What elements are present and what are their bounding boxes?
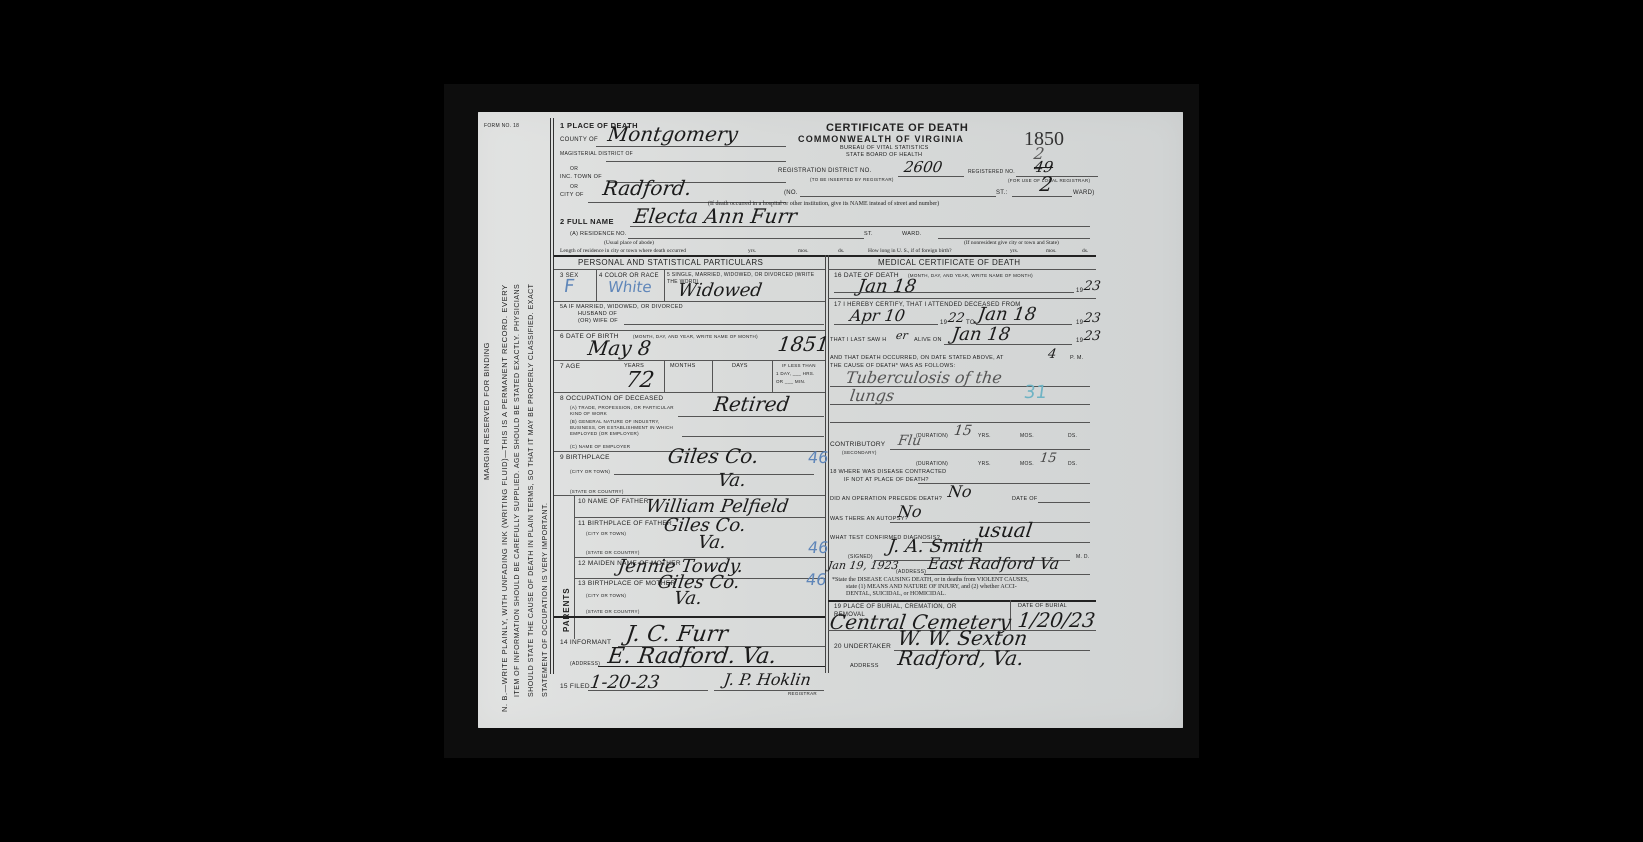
margin-rule-2 xyxy=(553,118,554,674)
full-name-value: Electa Ann Furr xyxy=(633,206,799,226)
or-label-2: or xyxy=(570,185,578,190)
occupation-b-label: (b) General nature of industry, business… xyxy=(570,419,682,437)
physician-address-label: (Address) xyxy=(896,570,926,575)
county-value: Montgomery xyxy=(607,124,740,144)
cause-line-rule-2 xyxy=(830,404,1090,405)
contrib-yrs-label: yrs. xyxy=(978,462,991,467)
residence-line xyxy=(628,238,864,239)
days-label: Days xyxy=(732,364,748,370)
reg-district-value: 2600 xyxy=(903,160,943,175)
age-divider-2 xyxy=(712,360,713,392)
duration-ds-label: ds. xyxy=(1068,434,1077,439)
magisterial-line xyxy=(606,161,786,162)
informant-label: 14 Informant xyxy=(560,640,611,647)
filed-label: 15 Filed xyxy=(560,684,590,691)
father-city-label: (City or town) xyxy=(586,532,626,537)
death-date-note: (month, day, and year, write name of mon… xyxy=(908,274,1033,279)
age-divider-3 xyxy=(772,360,773,392)
physician-address: East Radford Va xyxy=(927,556,1061,572)
father-label: 10 Name of Father xyxy=(578,499,649,506)
column-divider-2 xyxy=(828,255,829,673)
abode-note: (Usual place of abode) xyxy=(604,240,654,246)
instruction-line-3: should state the cause of death in plain… xyxy=(528,284,535,697)
form-number: Form No. 18 xyxy=(484,124,519,129)
marital-value: Widowed xyxy=(677,282,763,300)
occupation-label: 8 Occupation of Deceased xyxy=(560,396,663,403)
father-birthplace-code: 46 xyxy=(807,540,830,556)
occupation-line xyxy=(678,416,824,417)
city-value: Radford. xyxy=(602,178,693,198)
last-saw-pronoun: er xyxy=(895,330,908,341)
mother-birthplace-code: 46 xyxy=(805,572,828,588)
county-label: County of xyxy=(560,137,598,143)
date-of-label: Date of xyxy=(1012,497,1038,503)
contracted-line xyxy=(918,483,1090,484)
mos-label-2: mos. xyxy=(1046,248,1057,254)
instruction-line-2: Item of Information should be carefully … xyxy=(514,284,521,697)
contrib-months: 15 xyxy=(1039,452,1057,465)
birthplace-state-label: (State or country) xyxy=(570,490,624,495)
operation-label: Did an operation precede death? xyxy=(830,497,942,503)
birthplace-city-label: (City or town) xyxy=(570,470,610,475)
us-residence-label: How long in U. S., if of foreign birth? xyxy=(868,248,952,254)
sex-divider xyxy=(596,269,597,301)
reg-district-line xyxy=(898,176,964,177)
physician-address-line xyxy=(924,574,1090,575)
spouse-label-2: Husband of xyxy=(578,312,617,318)
magisterial-label: Magisterial District of xyxy=(560,152,633,157)
or-label-1: or xyxy=(570,167,578,172)
contributory-line xyxy=(890,449,1090,450)
ds-label-2: ds. xyxy=(1082,248,1088,254)
registered-no-line xyxy=(1016,176,1098,177)
industry-line xyxy=(682,436,824,437)
death-year: 23 xyxy=(1083,280,1101,293)
cause-line-2: lungs xyxy=(849,388,895,404)
autopsy-value: No xyxy=(897,504,923,520)
row-line-2 xyxy=(554,330,825,331)
parents-label: Parents xyxy=(562,587,571,632)
burial-date: 1/20/23 xyxy=(1017,610,1097,630)
footnote-2: state (1) MEANS AND NATURE OF INJURY, an… xyxy=(846,584,1017,590)
margin-note: Margin Reserved for Binding xyxy=(482,342,491,480)
undertaker-label: 20 Undertaker xyxy=(834,644,891,651)
cause-line-1: Tuberculosis of the xyxy=(845,370,1003,386)
undertaker-address-label: Address xyxy=(850,664,879,670)
last-saw-label: That I last saw h xyxy=(830,338,887,344)
birthplace-state: Va. xyxy=(717,472,747,490)
footnote-3: DENTAL, SUICIDAL, or HOMICIDAL. xyxy=(846,591,946,597)
personal-header-line xyxy=(554,269,825,270)
informant-address-label: (Address) xyxy=(570,662,600,667)
age-label: 7 Age xyxy=(560,364,580,371)
age-divider-1 xyxy=(664,360,665,392)
residence-label: (a) Residence xyxy=(570,232,615,238)
residence-st-label: St. xyxy=(864,232,873,238)
street-no-line xyxy=(800,196,996,197)
contracted-label-2: if not at place of death? xyxy=(844,478,929,484)
attended-to: Jan 18 xyxy=(977,306,1038,324)
nonresident-note: (If nonresident give city or town and St… xyxy=(964,240,1059,246)
secondary-label: (Secondary) xyxy=(842,451,877,456)
to-year: 23 xyxy=(1083,312,1101,325)
mother-state-label: (State or country) xyxy=(586,610,640,615)
occurred-label: And that death occurred, on date stated … xyxy=(830,356,1004,362)
race-value: White xyxy=(607,280,653,295)
medical-header-line xyxy=(828,269,1096,270)
dob-year: 1851 xyxy=(777,334,831,354)
county-line xyxy=(596,146,786,147)
father-state-label: (State or country) xyxy=(586,551,640,556)
spouse-label-3: (or) Wife of xyxy=(578,319,618,325)
mos-label: mos. xyxy=(798,248,809,254)
ds-label: ds. xyxy=(838,248,844,254)
ward-line xyxy=(1012,196,1072,197)
row-line-1 xyxy=(554,301,825,302)
undertaker-value: W. W. Sexton xyxy=(897,628,1029,648)
issuer: Commonwealth of Virginia xyxy=(798,134,964,144)
occurred-suffix: P. M. xyxy=(1070,356,1084,362)
informant-address-line xyxy=(598,666,825,667)
father-birthplace-state: Va. xyxy=(697,534,727,552)
personal-header: Personal and Statistical Particulars xyxy=(578,259,763,267)
contributory-label: Contributory xyxy=(830,442,885,449)
bureau: Bureau of Vital Statistics xyxy=(840,146,929,152)
less-label-3: or ___ min. xyxy=(776,380,806,385)
spouse-line xyxy=(624,324,824,325)
certificate-title: Certificate of Death xyxy=(826,122,968,134)
reg-district-note: (To be inserted by registrar) xyxy=(810,178,894,183)
yrs-label: yrs. xyxy=(748,248,756,254)
registrar-signature: J. P. Hoklin xyxy=(723,672,812,688)
duration-mos-label: mos. xyxy=(1020,434,1034,439)
contracted-label-1: 18 Where was disease contracted xyxy=(830,470,946,476)
death-date-line xyxy=(834,292,1074,293)
ward-value: 2 xyxy=(1039,174,1055,194)
footnote-1: *State the DISEASE CAUSING DEATH, or in … xyxy=(832,577,1029,583)
burial-divider xyxy=(828,600,1096,602)
registered-no-label: Registered No. xyxy=(968,170,1015,175)
attended-from-line xyxy=(834,324,938,325)
cause-code: 31 xyxy=(1023,384,1048,402)
birthplace-city: Giles Co. xyxy=(667,446,760,466)
length-residence-label: Length of residence in city or town wher… xyxy=(560,248,686,254)
md-label: M. D. xyxy=(1076,555,1089,560)
birthplace-city-line xyxy=(614,474,814,475)
medical-header: Medical Certificate of Death xyxy=(878,259,1020,267)
signed-date: Jan 19, 1923 xyxy=(827,560,899,571)
alive-on-label: alive on xyxy=(914,338,942,344)
st-label: St.: xyxy=(996,190,1008,196)
undertaker-address: Radford, Va. xyxy=(897,648,1025,668)
occurred-time: 4 xyxy=(1047,348,1057,361)
instruction-line-1: N. B.—Write plainly, with unfading ink (… xyxy=(500,284,509,712)
occupation-c-label: (c) Name of employer xyxy=(570,445,630,450)
ward-label: Ward) xyxy=(1073,190,1095,196)
row-med-1 xyxy=(828,298,1096,299)
death-date-value: Jan 18 xyxy=(857,278,918,296)
margin-rule xyxy=(550,118,551,674)
instruction-line-4: statement of occupation is very importan… xyxy=(542,503,549,697)
duration-years: 15 xyxy=(953,424,973,438)
occupation-a-label: (a) Trade, profession, or particular kin… xyxy=(570,405,680,417)
last-saw-line xyxy=(944,344,1072,345)
contrib-mos-label: mos. xyxy=(1020,462,1034,467)
street-no-label: (No. xyxy=(784,190,798,196)
informant-address: E. Radford. Va. xyxy=(606,646,777,668)
registrar-label: Registrar xyxy=(788,692,817,697)
operation-date-line xyxy=(1038,502,1090,503)
residence-no-label: No. xyxy=(616,232,627,238)
residence-ward-label: Ward. xyxy=(902,232,922,238)
inc-town-label: Inc. Town of xyxy=(560,175,602,181)
last-saw-date: Jan 18 xyxy=(951,326,1012,344)
last-year: 23 xyxy=(1083,330,1101,343)
reg-district-label: Registration District No. xyxy=(778,168,872,174)
occupation-value: Retired xyxy=(713,394,791,414)
mother-birthplace-state: Va. xyxy=(673,590,703,608)
parents-end-line xyxy=(554,616,825,618)
row-line-3 xyxy=(554,360,825,361)
mother-city-label: (City or town) xyxy=(586,594,626,599)
age-years: 72 xyxy=(624,370,655,392)
contributory-value: Flu xyxy=(897,434,922,448)
birthplace-label: 9 Birthplace xyxy=(560,455,610,462)
full-name-label: 2 Full Name xyxy=(560,218,614,226)
duration-yrs-label: yrs. xyxy=(978,434,991,439)
less-label-2: 1 day, ___ hrs. xyxy=(776,372,815,377)
yrs-label-2: yrs. xyxy=(1010,248,1018,254)
less-label-1: If less than xyxy=(782,364,816,369)
city-label: City of xyxy=(560,193,584,199)
attended-from: Apr 10 xyxy=(849,308,906,324)
contrib-duration-label: (Duration) xyxy=(916,462,948,467)
dob-month-day: May 8 xyxy=(587,338,653,358)
spouse-label-1: 5a If Married, Widowed, or Divorced xyxy=(560,305,683,311)
birthplace-code: 46 xyxy=(807,450,830,466)
filed-line xyxy=(588,690,708,691)
informant-name: J. C. Furr xyxy=(624,624,729,646)
months-label: Months xyxy=(670,364,696,370)
contrib-ds-label: ds. xyxy=(1068,462,1077,467)
operation-value: No xyxy=(947,484,973,500)
father-value: William Pelfield xyxy=(645,498,790,516)
race-divider xyxy=(664,269,665,301)
father-birthplace-label: 11 Birthplace of Father xyxy=(578,521,672,528)
death-certificate: Form No. 18 Margin Reserved for Binding … xyxy=(478,112,1183,728)
sex-value: F xyxy=(563,278,576,296)
residence-city-line xyxy=(938,238,1090,239)
